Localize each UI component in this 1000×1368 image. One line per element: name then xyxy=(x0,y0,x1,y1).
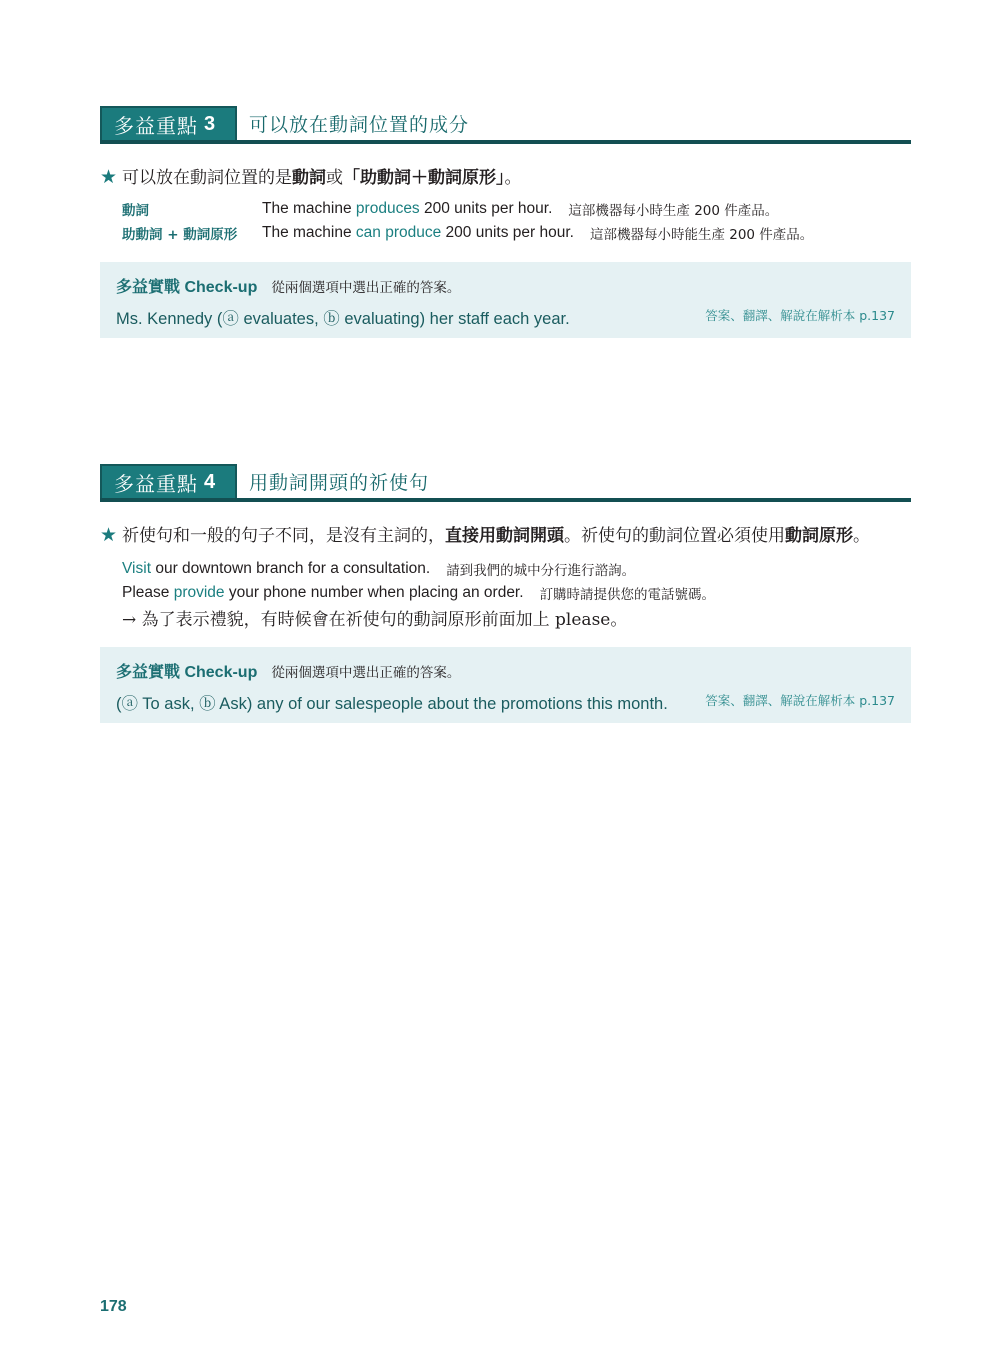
example-translation: 請到我們的城中分行進行諮詢。 xyxy=(446,559,635,579)
section-badge: 多益重點 4 xyxy=(100,464,237,498)
point-bold: 「助動詞＋動詞原形」 xyxy=(343,168,505,188)
politeness-note: → 為了表示禮貌，有時候會在祈使句的動詞原形前面加上 please。 xyxy=(122,605,911,631)
point-bold: 直接用動詞開頭 xyxy=(445,526,564,546)
answer-reference: 答案、翻譯、解說在解析本 p.137 xyxy=(705,691,895,709)
checkup-box: 多益實戰 Check-up從兩個選項中選出正確的答案。 (ⓐ To ask, ⓑ… xyxy=(100,647,911,723)
point-bold: 動詞 xyxy=(292,168,326,188)
star-icon: ★ xyxy=(100,164,122,190)
example-list: Visit our downtown branch for a consulta… xyxy=(122,557,911,631)
section-header: 多益重點 4 用動詞開頭的祈使句 xyxy=(100,464,911,502)
section-point-4: 多益重點 4 用動詞開頭的祈使句 ★祈使句和一般的句子不同，是沒有主詞的，直接用… xyxy=(100,464,911,723)
checkup-title: 多益實戰 Check-up xyxy=(116,279,257,296)
highlighted-verb: produces xyxy=(356,200,420,217)
example-row: 動詞 The machine produces 200 units per ho… xyxy=(122,197,911,221)
badge-label: 多益重點 xyxy=(114,110,198,139)
section-point-3: 多益重點 3 可以放在動詞位置的成分 ★可以放在動詞位置的是動詞或「助動詞＋動詞… xyxy=(100,106,911,338)
point-text: 或 xyxy=(326,168,343,188)
checkup-instruction: 從兩個選項中選出正確的答案。 xyxy=(271,280,460,296)
example-translation: 訂購時請提供您的電話號碼。 xyxy=(540,583,716,603)
highlighted-verb: can produce xyxy=(356,224,441,241)
answer-reference: 答案、翻譯、解說在解析本 p.137 xyxy=(705,306,895,324)
section-title: 可以放在動詞位置的成分 xyxy=(237,106,469,140)
example-table: 動詞 The machine produces 200 units per ho… xyxy=(122,197,911,245)
key-point: ★祈使句和一般的句子不同，是沒有主詞的，直接用動詞開頭。祈使句的動詞位置必須使用… xyxy=(100,522,911,549)
point-text: 祈使句和一般的句子不同，是沒有主詞的， xyxy=(122,526,445,546)
example-label: 助動詞 + 動詞原形 xyxy=(122,223,262,243)
badge-number: 4 xyxy=(204,471,216,494)
checkup-instruction: 從兩個選項中選出正確的答案。 xyxy=(271,665,460,681)
section-header: 多益重點 3 可以放在動詞位置的成分 xyxy=(100,106,911,144)
point-text: 可以放在動詞位置的是 xyxy=(122,168,292,188)
point-bold: 動詞原形 xyxy=(785,526,853,546)
example-row: 助動詞 + 動詞原形 The machine can produce 200 u… xyxy=(122,221,911,245)
example-row: Please provide your phone number when pl… xyxy=(122,581,911,605)
example-english: Please provide your phone number when pl… xyxy=(122,584,524,602)
section-badge: 多益重點 3 xyxy=(100,106,237,140)
point-text: 。祈使句的動詞位置必須使用 xyxy=(564,526,785,546)
example-english: Visit our downtown branch for a consulta… xyxy=(122,560,430,578)
key-point: ★可以放在動詞位置的是動詞或「助動詞＋動詞原形」。 xyxy=(100,164,911,191)
checkup-box: 多益實戰 Check-up從兩個選項中選出正確的答案。 Ms. Kennedy … xyxy=(100,262,911,338)
page-number: 178 xyxy=(100,1298,127,1316)
example-translation: 這部機器每小時生產 200 件產品。 xyxy=(568,199,778,219)
highlighted-verb: Visit xyxy=(122,560,151,577)
example-label: 動詞 xyxy=(122,199,262,219)
section-title: 用動詞開頭的祈使句 xyxy=(237,464,429,498)
highlighted-verb: provide xyxy=(174,584,225,601)
checkup-title: 多益實戰 Check-up xyxy=(116,664,257,681)
point-text: 。 xyxy=(853,526,870,546)
star-icon: ★ xyxy=(100,522,122,548)
example-english: The machine can produce 200 units per ho… xyxy=(262,224,574,242)
badge-number: 3 xyxy=(204,113,216,136)
point-text: 。 xyxy=(505,168,522,188)
badge-label: 多益重點 xyxy=(114,468,198,497)
example-translation: 這部機器每小時能生產 200 件產品。 xyxy=(590,223,813,243)
example-english: The machine produces 200 units per hour. xyxy=(262,200,552,218)
example-row: Visit our downtown branch for a consulta… xyxy=(122,557,911,581)
